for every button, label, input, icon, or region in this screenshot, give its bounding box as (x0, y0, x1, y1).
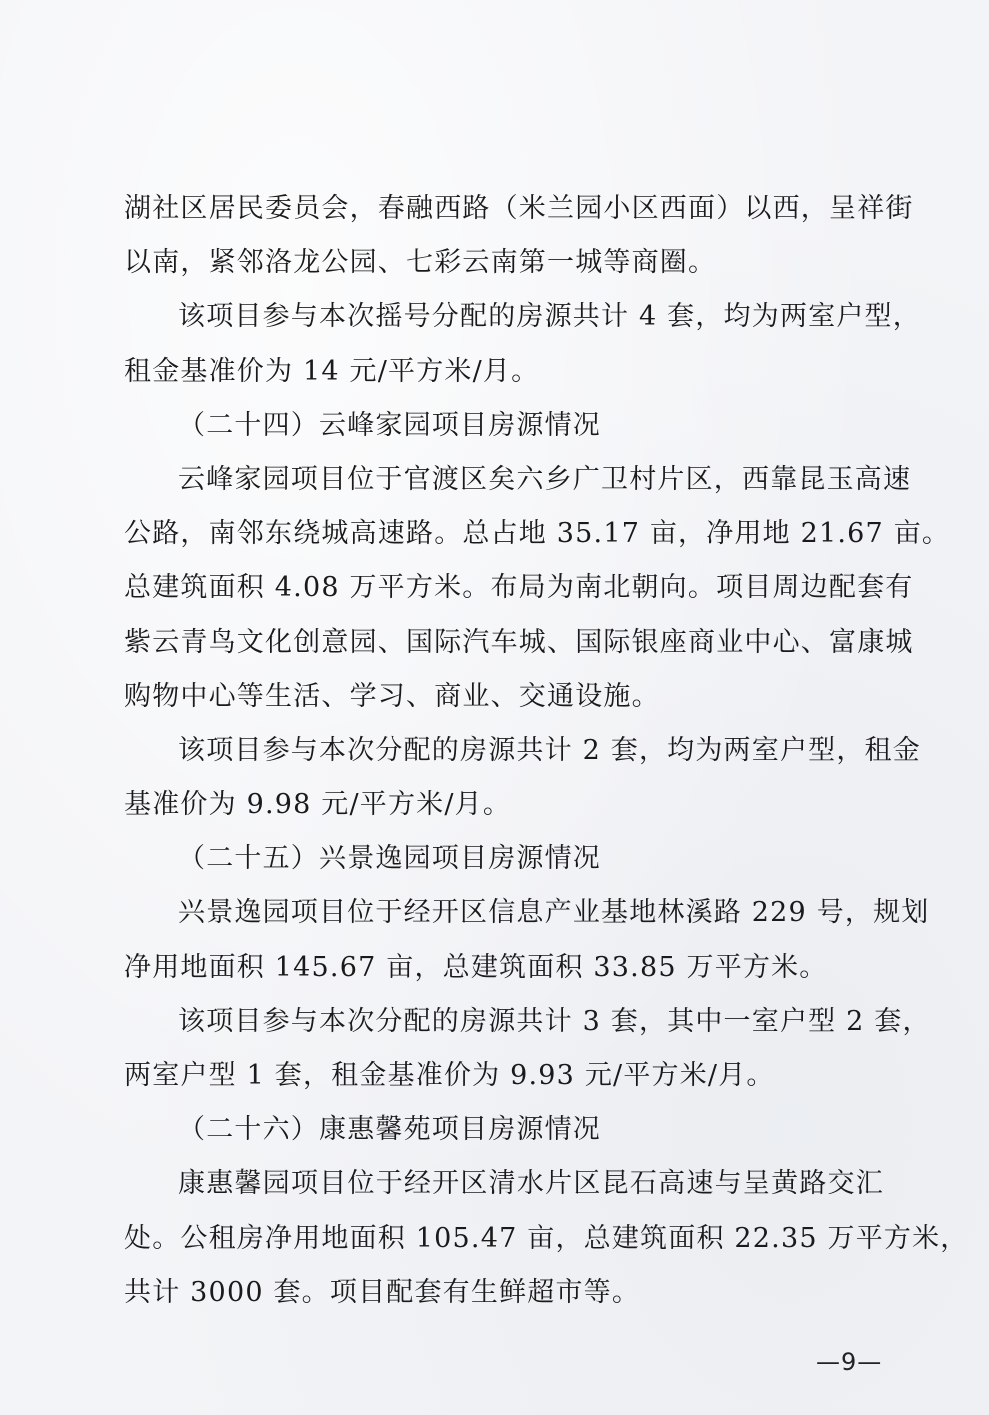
paragraph-line: 云峰家园项目位于官渡区矣六乡广卫村片区，西靠昆玉高速 (124, 453, 884, 507)
paragraph-line: 租金基准价为 14 元/平方米/月。 (124, 345, 884, 399)
section-heading-24: （二十四）云峰家园项目房源情况 (124, 399, 884, 453)
paragraph-line: 该项目参与本次分配的房源共计 2 套，均为两室户型，租金 (124, 724, 884, 778)
page-number: —9— (816, 1348, 882, 1376)
paragraph-line: 购物中心等生活、学习、商业、交通设施。 (124, 670, 884, 724)
paragraph-line: 以南，紧邻洛龙公园、七彩云南第一城等商圈。 (124, 236, 884, 290)
paragraph-line: 康惠馨园项目位于经开区清水片区昆石高速与呈黄路交汇 (124, 1157, 884, 1211)
paragraph-line: 共计 3000 套。项目配套有生鲜超市等。 (124, 1266, 884, 1320)
section-heading-26: （二十六）康惠馨苑项目房源情况 (124, 1103, 884, 1157)
paragraph-line: 公路，南邻东绕城高速路。总占地 35.17 亩，净用地 21.67 亩。 (124, 507, 884, 561)
paragraph-line: 总建筑面积 4.08 万平方米。布局为南北朝向。项目周边配套有 (124, 561, 884, 615)
paragraph-line: 两室户型 1 套，租金基准价为 9.93 元/平方米/月。 (124, 1049, 884, 1103)
paragraph-line: 处。公租房净用地面积 105.47 亩，总建筑面积 22.35 万平方米， (124, 1212, 884, 1266)
paragraph-line: 净用地面积 145.67 亩，总建筑面积 33.85 万平方米。 (124, 941, 884, 995)
paragraph-line: 湖社区居民委员会，春融西路（米兰园小区西面）以西，呈祥街 (124, 182, 884, 236)
section-heading-25: （二十五）兴景逸园项目房源情况 (124, 832, 884, 886)
paragraph-line: 基准价为 9.98 元/平方米/月。 (124, 778, 884, 832)
paragraph-line: 该项目参与本次分配的房源共计 3 套，其中一室户型 2 套， (124, 995, 884, 1049)
document-body: 湖社区居民委员会，春融西路（米兰园小区西面）以西，呈祥街 以南，紧邻洛龙公园、七… (124, 182, 884, 1320)
document-page: 湖社区居民委员会，春融西路（米兰园小区西面）以西，呈祥街 以南，紧邻洛龙公园、七… (0, 0, 989, 1415)
paragraph-line: 兴景逸园项目位于经开区信息产业基地林溪路 229 号，规划 (124, 886, 884, 940)
paragraph-line: 紫云青鸟文化创意园、国际汽车城、国际银座商业中心、富康城 (124, 616, 884, 670)
paragraph-line: 该项目参与本次摇号分配的房源共计 4 套，均为两室户型， (124, 290, 884, 344)
